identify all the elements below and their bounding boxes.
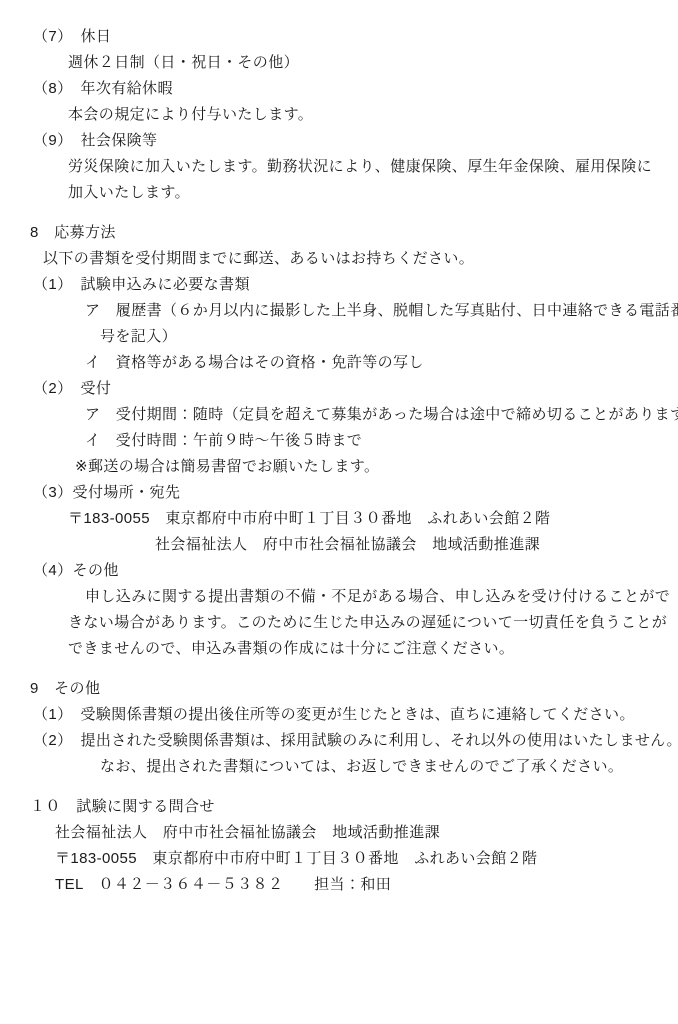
other-note-2-continuation: なお、提出された書類については、お返しできませんのでご了承ください。 — [0, 754, 678, 780]
section-gap — [0, 206, 678, 220]
app-reception-label: （2） 受付 — [0, 376, 678, 402]
contact-address: 〒183-0055 東京都府中市府中町１丁目３０番地 ふれあい会館２階 — [0, 846, 678, 872]
app-place-address-2: 社会福祉法人 府中市社会福祉協議会 地域活動推進課 — [0, 532, 678, 558]
item-9-insurance-text-1: 労災保険に加入いたします。勤務状況により、健康保険、厚生年金保険、雇用保険に — [0, 154, 678, 180]
app-place-label: （3）受付場所・宛先 — [0, 480, 678, 506]
app-docs-a-line-1: ア 履歴書（６か月以内に撮影した上半身、脱帽した写真貼付、日中連絡できる電話番 — [0, 298, 678, 324]
item-8-paid-leave-label: （8） 年次有給休暇 — [0, 76, 678, 102]
section-gap — [0, 780, 678, 794]
other-note-1: （1） 受験関係書類の提出後住所等の変更が生じたときは、直ちに連絡してください。 — [0, 702, 678, 728]
app-other-label: （4）その他 — [0, 558, 678, 584]
item-8-paid-leave-text: 本会の規定により付与いたします。 — [0, 102, 678, 128]
app-docs-b: イ 資格等がある場合はその資格・免許等の写し — [0, 350, 678, 376]
app-place-address-1: 〒183-0055 東京都府中市府中町１丁目３０番地 ふれあい会館２階 — [0, 506, 678, 532]
item-7-holidays-text: 週休２日制（日・祝日・その他） — [0, 50, 678, 76]
document-page: （7） 休日 週休２日制（日・祝日・その他） （8） 年次有給休暇 本会の規定に… — [0, 0, 678, 1024]
app-docs-label: （1） 試験申込みに必要な書類 — [0, 272, 678, 298]
section-gap — [0, 662, 678, 676]
section-10-heading: １０ 試験に関する問合せ — [0, 794, 678, 820]
other-note-2: （2） 提出された受験関係書類は、採用試験のみに利用し、それ以外の使用はいたしま… — [0, 728, 678, 754]
app-docs-a-line-2: 号を記入） — [0, 324, 678, 350]
contact-organization: 社会福祉法人 府中市社会福祉協議会 地域活動推進課 — [0, 820, 678, 846]
app-reception-mail-note: ※郵送の場合は簡易書留でお願いたします。 — [0, 454, 678, 480]
section-9-heading: 9 その他 — [0, 676, 678, 702]
app-other-text-3: できませんので、申込み書類の作成には十分にご注意ください。 — [0, 636, 678, 662]
app-reception-period: ア 受付期間：随時（定員を超えて募集があった場合は途中で締め切ることがあります） — [0, 402, 678, 428]
section-8-intro: 以下の書類を受付期間までに郵送、あるいはお持ちください。 — [0, 246, 678, 272]
item-9-insurance-text-2: 加入いたします。 — [0, 180, 678, 206]
app-other-text-2: きない場合があります。このために生じた申込みの遅延について一切責任を負うことが — [0, 610, 678, 636]
app-reception-hours: イ 受付時間：午前９時～午後５時まで — [0, 428, 678, 454]
app-other-text-1: 申し込みに関する提出書類の不備・不足がある場合、申し込みを受け付けることがで — [0, 584, 678, 610]
item-9-insurance-label: （9） 社会保険等 — [0, 128, 678, 154]
item-7-holidays-label: （7） 休日 — [0, 24, 678, 50]
section-8-heading: 8 応募方法 — [0, 220, 678, 246]
contact-telephone: TEL ０４２－３６４－５３８２ 担当：和田 — [0, 872, 678, 898]
